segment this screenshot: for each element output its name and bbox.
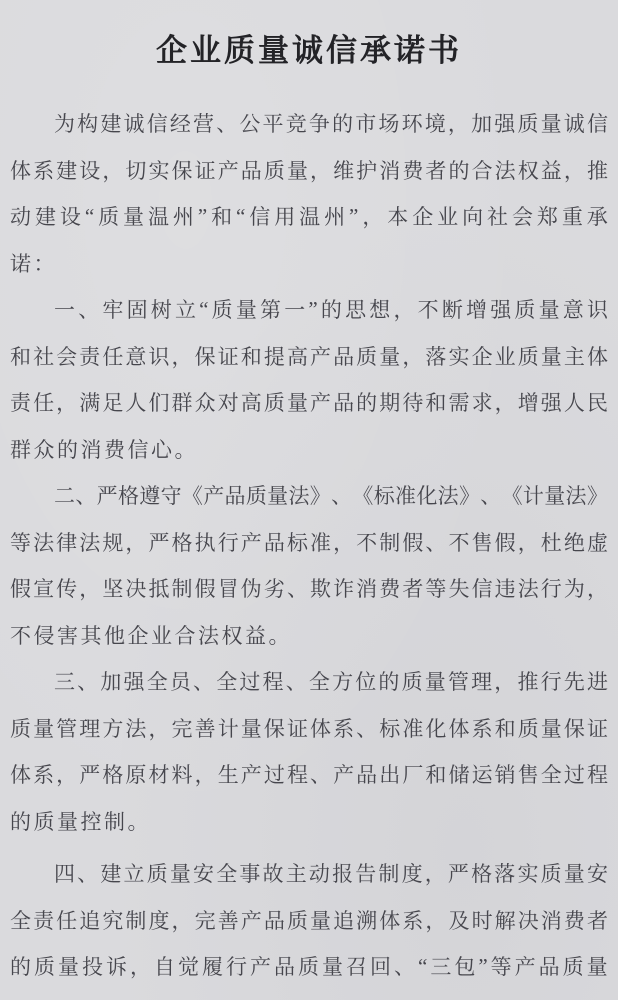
text-line: 的质量控制。: [10, 798, 608, 845]
text-line: 体系建设，切实保证产品质量，维护消费者的合法权益，推: [10, 147, 608, 194]
text-line: 动建设“质量温州”和“信用温州”，本企业向社会郑重承: [10, 193, 608, 240]
paragraph: 二、严格遵守《产品质量法》、《标准化法》、《计量法》等法律法规，严格执行产品标准…: [10, 472, 608, 658]
paragraph: 四、建立质量安全事故主动报告制度，严格落实质量安全责任追究制度，完善产品质量追溯…: [10, 850, 608, 990]
document-title: 企业质量诚信承诺书: [0, 25, 618, 70]
text-line: 一、牢固树立“质量第一”的思想，不断增强质量意识: [10, 286, 608, 333]
text-line: 为构建诚信经营、公平竞争的市场环境，加强质量诚信: [10, 100, 608, 147]
text-line: 体系，严格原材料，生产过程、产品出厂和储运销售全过程: [10, 751, 608, 798]
text-line: 三、加强全员、全过程、全方位的质量管理，推行先进: [10, 658, 608, 705]
text-line: 诺：: [10, 240, 608, 287]
document-body: 为构建诚信经营、公平竞争的市场环境，加强质量诚信体系建设，切实保证产品质量，维护…: [10, 100, 608, 990]
paragraph: 为构建诚信经营、公平竞争的市场环境，加强质量诚信体系建设，切实保证产品质量，维护…: [10, 100, 608, 286]
text-line: 的质量投诉，自觉履行产品质量召回、“三包”等产品质量: [10, 943, 608, 990]
text-line: 群众的消费信心。: [10, 426, 608, 473]
paragraph: 一、牢固树立“质量第一”的思想，不断增强质量意识和社会责任意识，保证和提高产品质…: [10, 286, 608, 472]
paragraph: 三、加强全员、全过程、全方位的质量管理，推行先进质量管理方法，完善计量保证体系、…: [10, 658, 608, 844]
text-line: 全责任追究制度，完善产品质量追溯体系，及时解决消费者: [10, 897, 608, 944]
text-line: 四、建立质量安全事故主动报告制度，严格落实质量安: [10, 850, 608, 897]
text-line: 二、严格遵守《产品质量法》、《标准化法》、《计量法》: [10, 472, 608, 519]
scanned-document-page: 企业质量诚信承诺书 为构建诚信经营、公平竞争的市场环境，加强质量诚信体系建设，切…: [0, 0, 618, 1000]
text-line: 责任，满足人们群众对高质量产品的期待和需求，增强人民: [10, 379, 608, 426]
text-line: 不侵害其他企业合法权益。: [10, 612, 608, 659]
text-line: 质量管理方法，完善计量保证体系、标准化体系和质量保证: [10, 705, 608, 752]
text-line: 等法律法规，严格执行产品标准，不制假、不售假，杜绝虚: [10, 519, 608, 566]
text-line: 假宣传，坚决抵制假冒伪劣、欺诈消费者等失信违法行为，: [10, 565, 608, 612]
text-line: 和社会责任意识，保证和提高产品质量，落实企业质量主体: [10, 333, 608, 380]
